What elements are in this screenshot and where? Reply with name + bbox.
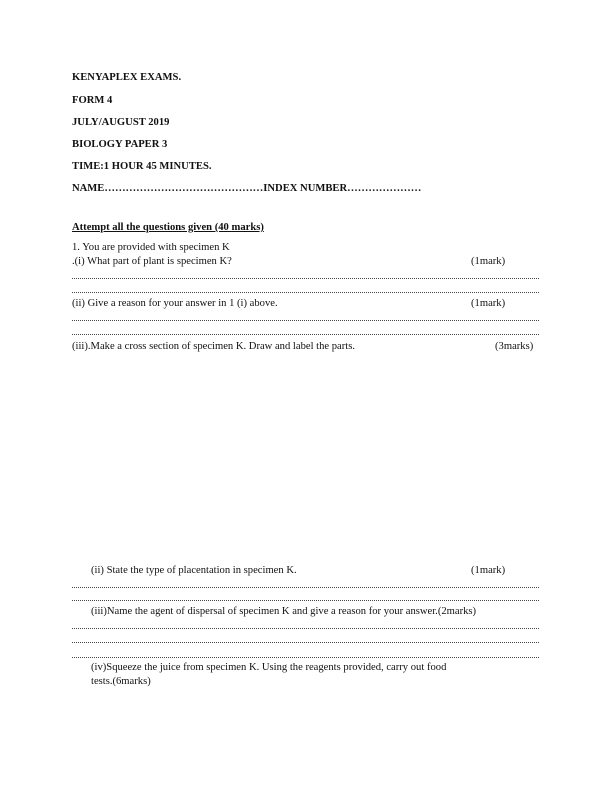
marks-part-iii: (3marks) — [495, 341, 533, 352]
question-food-tests-cont: tests.(6marks) — [91, 676, 151, 687]
answer-line[interactable] — [72, 334, 539, 335]
marks-part-i: (1mark) — [471, 256, 505, 267]
paper-title: BIOLOGY PAPER 3 — [72, 139, 167, 150]
answer-line[interactable] — [72, 657, 539, 658]
form-level: FORM 4 — [72, 95, 112, 106]
marks-placentation: (1mark) — [471, 565, 505, 576]
answer-line[interactable] — [72, 278, 539, 279]
marks-part-ii: (1mark) — [471, 298, 505, 309]
institution-name: KENYAPLEX EXAMS. — [72, 72, 181, 83]
answer-line[interactable] — [72, 642, 539, 643]
question-intro: 1. You are provided with specimen K — [72, 242, 230, 253]
name-index-fields: NAME………………………………………INDEX NUMBER………………… — [72, 183, 421, 194]
drawing-space[interactable] — [72, 360, 539, 555]
answer-line[interactable] — [72, 292, 539, 293]
answer-line[interactable] — [72, 600, 539, 601]
question-part-i: .(i) What part of plant is specimen K? — [72, 256, 232, 267]
question-dispersal: (iii)Name the agent of dispersal of spec… — [91, 606, 476, 617]
instructions: Attempt all the questions given (40 mark… — [72, 222, 264, 233]
question-food-tests: (iv)Squeeze the juice from specimen K. U… — [91, 662, 446, 673]
question-placentation: (ii) State the type of placentation in s… — [91, 565, 297, 576]
question-part-iii: (iii).Make a cross section of specimen K… — [72, 341, 355, 352]
question-part-ii: (ii) Give a reason for your answer in 1 … — [72, 298, 278, 309]
exam-session: JULY/AUGUST 2019 — [72, 117, 169, 128]
answer-line[interactable] — [72, 587, 539, 588]
answer-line[interactable] — [72, 628, 539, 629]
answer-line[interactable] — [72, 320, 539, 321]
exam-duration: TIME:1 HOUR 45 MINUTES. — [72, 161, 212, 172]
